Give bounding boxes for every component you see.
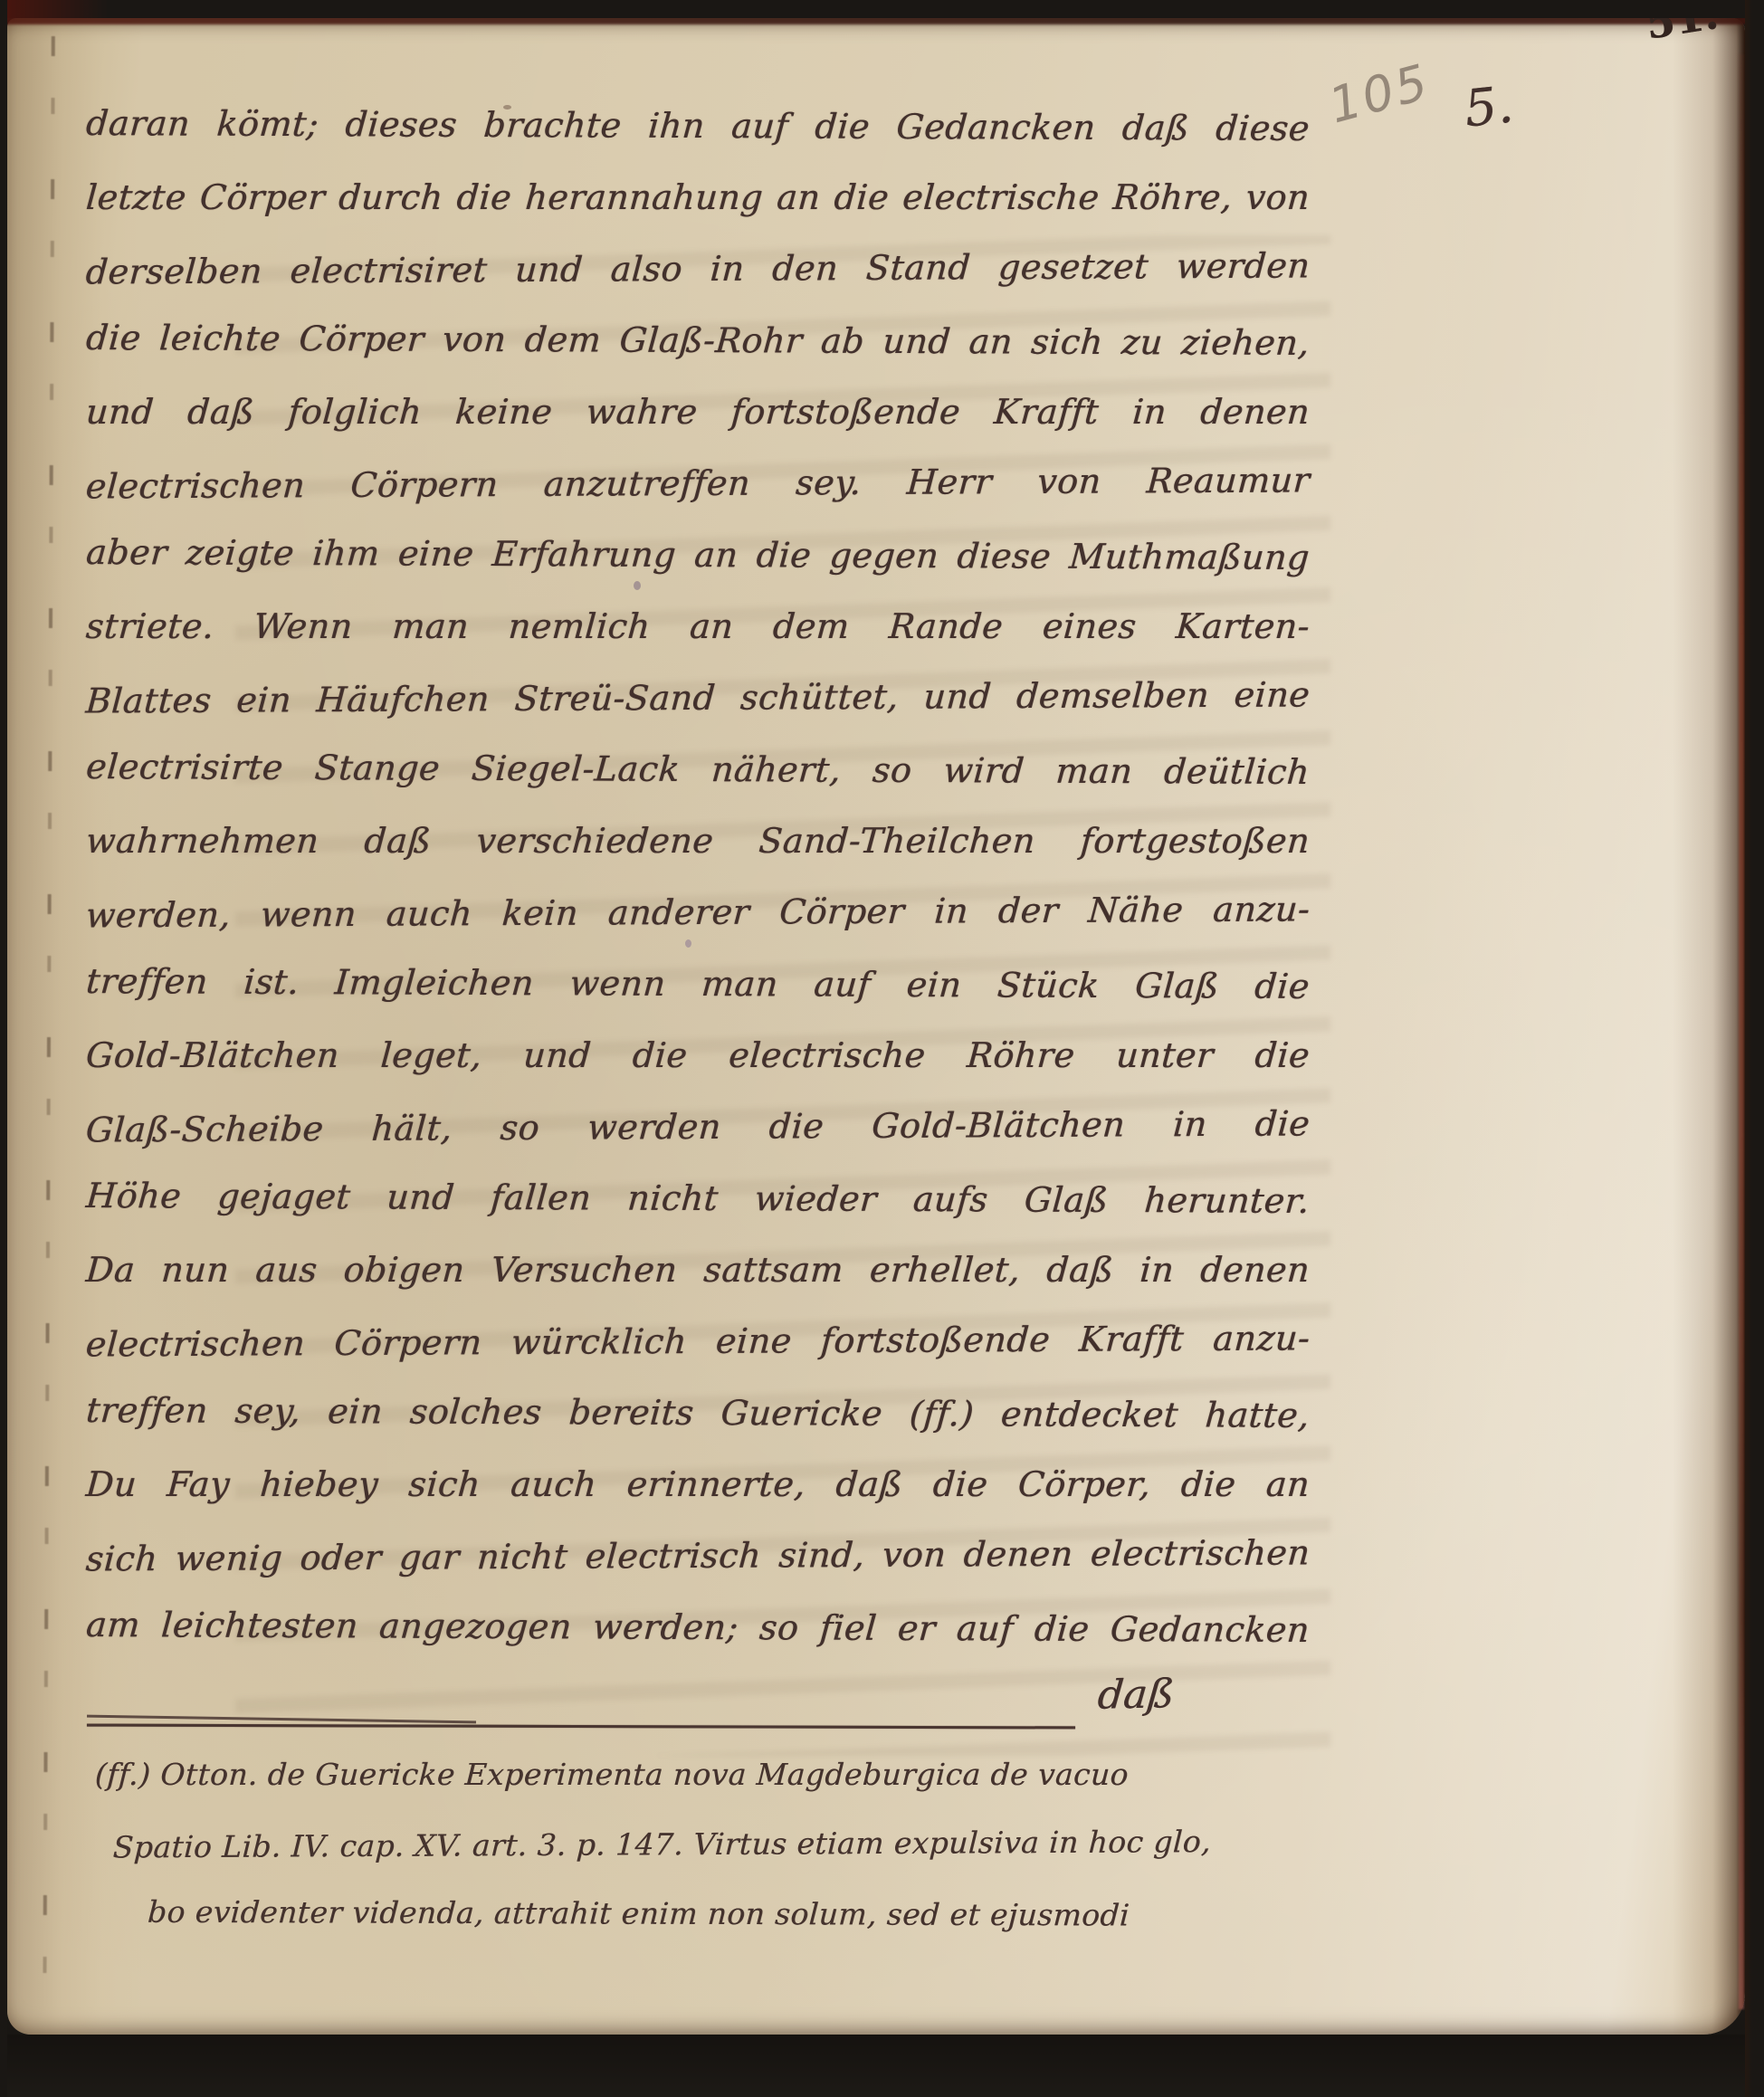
page-right-edge-tint: [1739, 54, 1744, 2009]
scan-frame-bottom: [0, 2035, 1764, 2097]
manuscript-line: aber zeigte ihm eine Erfahrung an die ge…: [83, 517, 1311, 594]
manuscript-line: werden, wenn auch kein anderer Cörper in…: [83, 873, 1312, 951]
manuscript-line: Gold-Blätchen leget, und die electrische…: [83, 1020, 1312, 1091]
page-scan: daran kömt; dieses brachte ihn auf die G…: [0, 0, 1764, 2097]
manuscript-line: treffen sey, ein solches bereits Guerick…: [83, 1375, 1311, 1452]
manuscript-line: derselben electrisiret und also in den S…: [83, 230, 1312, 308]
manuscript-line: die leichte Cörper von dem Glaß-Rohr ab …: [83, 302, 1311, 379]
ink-page-number: 5.: [1462, 75, 1516, 138]
manuscript-line: Blattes ein Häufchen Streü-Sand schüttet…: [83, 659, 1312, 737]
manuscript-line: electrischen Cörpern anzutreffen sey. He…: [83, 444, 1312, 522]
manuscript-line: electrisirte Stange Siegel-Lack nähert, …: [83, 731, 1311, 808]
scan-frame-left: [0, 0, 7, 2097]
manuscript-line: am leichtesten angezogen werden; so fiel…: [83, 1589, 1311, 1666]
footnote-line: Spatio Lib. IV. cap. XV. art. 3. p. 147.…: [111, 1806, 1314, 1883]
manuscript-line: daran kömt; dieses brachte ihn auf die G…: [83, 88, 1311, 165]
manuscript-line: Glaß-Scheibe hält, so werden die Gold-Bl…: [83, 1088, 1312, 1166]
scan-frame-top: [0, 0, 1764, 18]
manuscript-line: sich wenig oder gar nicht electrisch sin…: [83, 1517, 1312, 1595]
manuscript-line: letzte Cörper durch die herannahung an d…: [83, 162, 1312, 234]
manuscript-line: electrischen Cörpern würcklich eine fort…: [83, 1302, 1312, 1380]
manuscript-line: wahrnehmen daß verschiedene Sand-Theilch…: [83, 805, 1312, 877]
catchword: daß: [1034, 1662, 1239, 1729]
manuscript-line: und daß folglich keine wahre fortstoßend…: [83, 377, 1312, 448]
manuscript-line: Höhe gejaget und fallen nicht wieder auf…: [83, 1160, 1311, 1237]
manuscript-line: striete. Wenn man nemlich an dem Rande e…: [83, 591, 1312, 662]
scan-frame-right: [1745, 0, 1764, 2097]
manuscript-line: Da nun aus obigen Versuchen sattsam erhe…: [83, 1234, 1312, 1306]
manuscript-text-block: daran kömt; dieses brachte ihn auf die G…: [86, 91, 1310, 1663]
manuscript-line: Du Fay hiebey sich auch erinnerte, daß d…: [83, 1449, 1312, 1520]
footnote-line: bo evidenter videnda, attrahit enim non …: [146, 1877, 1314, 1950]
footnote-block: (ff.) Otton. de Guericke Experimenta nov…: [95, 1740, 1312, 1949]
manuscript-line: treffen ist. Imgleichen wenn man auf ein…: [83, 946, 1311, 1023]
footnote-line: (ff.) Otton. de Guericke Experimenta nov…: [93, 1740, 1314, 1809]
